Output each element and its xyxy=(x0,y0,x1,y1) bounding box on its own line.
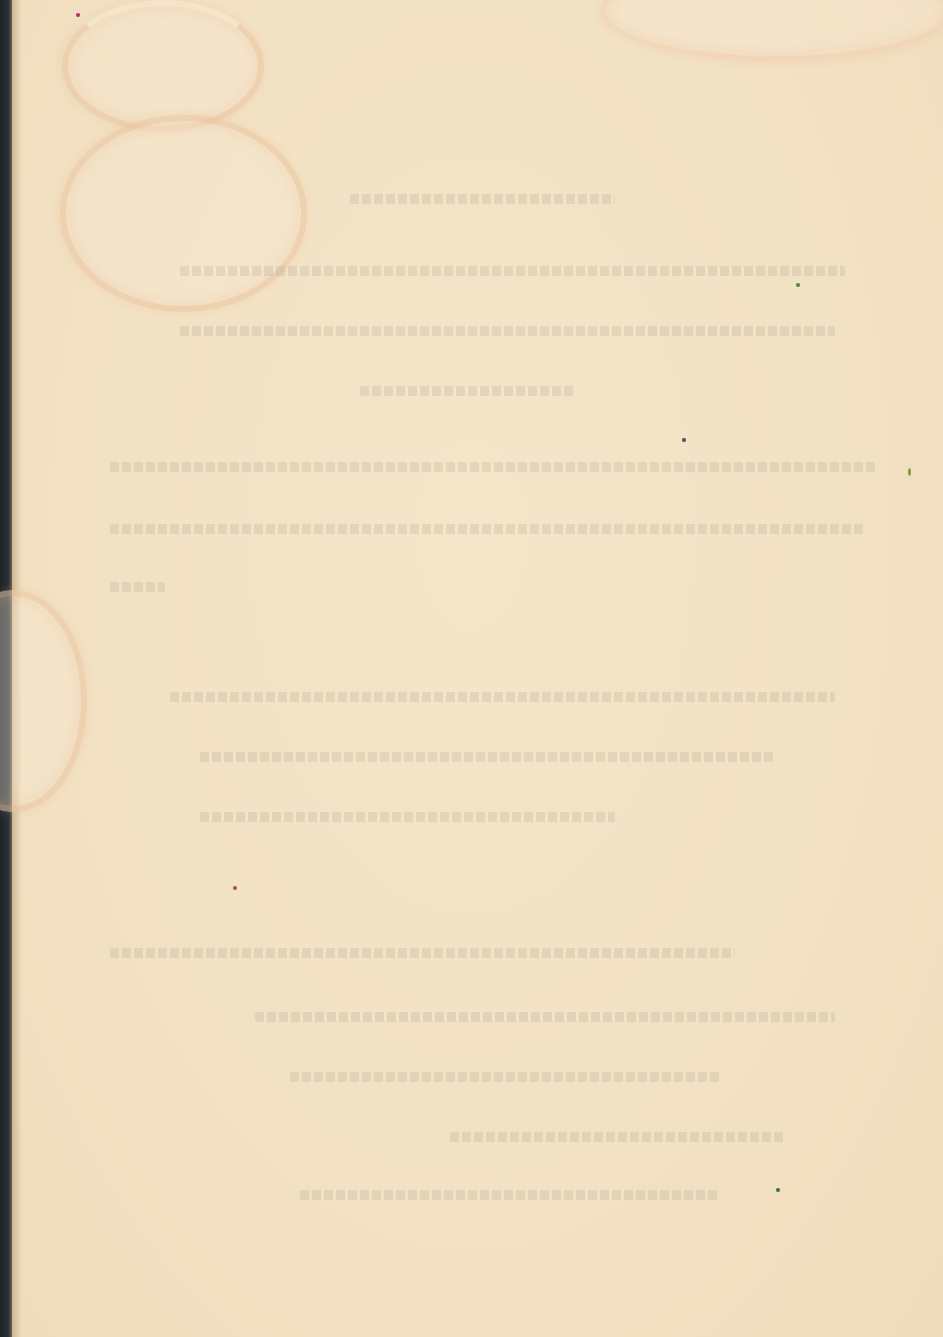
coffee-stain xyxy=(60,115,307,312)
text-line xyxy=(200,808,615,824)
text-line xyxy=(180,262,845,278)
ink-speck xyxy=(796,283,800,287)
text-line xyxy=(290,1068,720,1084)
text-line xyxy=(360,382,575,398)
text-line xyxy=(200,748,775,764)
document-page xyxy=(0,0,943,1337)
text-line xyxy=(170,688,835,704)
ink-speck xyxy=(908,468,911,476)
text-line xyxy=(255,1008,835,1024)
coffee-stain xyxy=(62,0,264,132)
text-line xyxy=(110,944,735,960)
document-heading xyxy=(350,190,615,206)
coffee-stain xyxy=(600,0,943,62)
text-line xyxy=(110,520,865,536)
text-line xyxy=(450,1128,785,1144)
text-line xyxy=(300,1186,720,1202)
ink-speck xyxy=(682,438,686,442)
ink-speck xyxy=(776,1188,780,1192)
text-line xyxy=(110,458,875,474)
coffee-stain xyxy=(0,590,87,812)
text-line xyxy=(180,322,835,338)
text-line xyxy=(110,578,165,594)
ink-speck xyxy=(233,886,237,890)
ink-speck xyxy=(76,13,80,17)
